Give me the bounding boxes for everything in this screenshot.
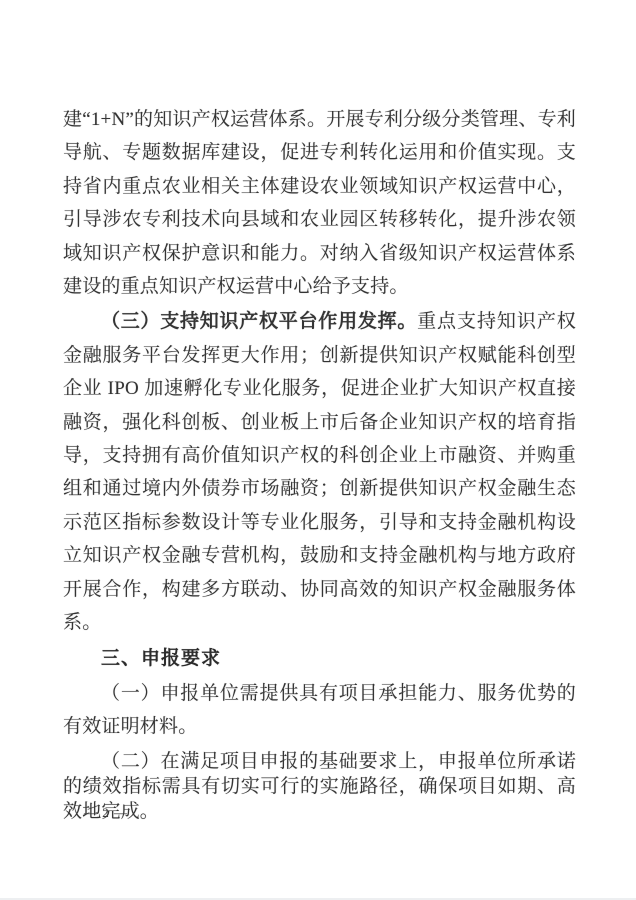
heading-application-requirements: 三、申报要求	[63, 642, 576, 675]
paragraph-continuation: 建“1+N”的知识产权运营体系。开展专利分级分类管理、专利导航、专题数据库建设，…	[63, 103, 576, 303]
paragraph-section-3: （三）支持知识产权平台作用发挥。重点支持知识产权金融服务平台发挥更大作用；创新提…	[63, 305, 576, 639]
document-page: 建“1+N”的知识产权运营体系。开展专利分级分类管理、专利导航、专题数据库建设，…	[0, 0, 636, 900]
section-3-inline-heading: （三）支持知识产权平台作用发挥。	[101, 311, 417, 332]
paragraph-requirement-1: （一）申报单位需提供具有项目承担能力、服务优势的有效证明材料。	[63, 677, 576, 744]
document-body: 建“1+N”的知识产权运营体系。开展专利分级分类管理、专利导航、专题数据库建设，…	[63, 103, 576, 826]
section-3-text: 重点支持知识产权金融服务平台发挥更大作用；创新提供知识产权赋能科创型企业 IPO…	[63, 311, 576, 633]
paragraph-requirement-2: （二）在满足项目申报的基础要求上，申报单位所承诺的绩效指标需具有切实可行的实施路…	[63, 749, 576, 824]
page-number: — 2 —	[84, 805, 128, 821]
